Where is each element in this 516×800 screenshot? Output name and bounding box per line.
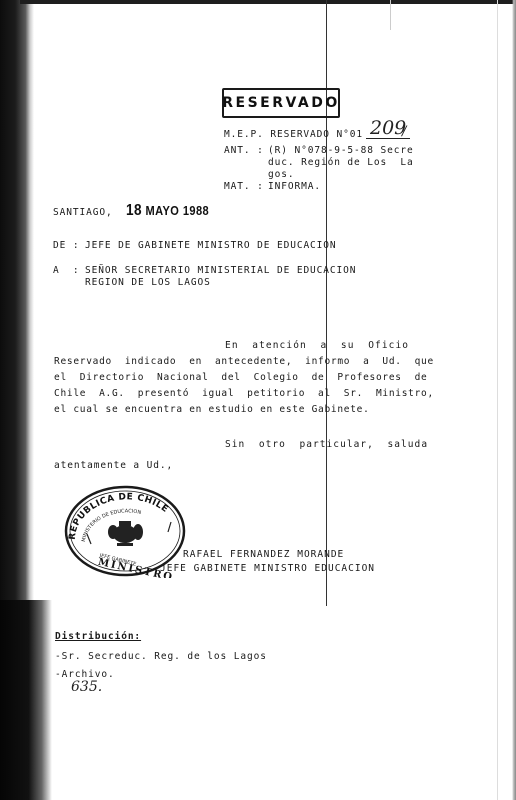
closing-line: Sin otro particular, saluda — [225, 439, 428, 451]
place: SANTIAGO, — [53, 207, 113, 219]
date-stamp: 18 MAYO 1988 — [126, 202, 209, 220]
scan-shadow-left-bottom — [0, 600, 52, 800]
body-line: Chile A.G. presentó igual petitorio al S… — [54, 388, 434, 400]
scan-shadow-top — [20, 0, 516, 4]
body-line: el cual se encuentra en estudio en este … — [54, 404, 370, 416]
mep-line: M.E.P. RESERVADO N°01 — [224, 129, 363, 141]
page-edge — [497, 0, 498, 800]
mat-value: INFORMA. — [268, 181, 321, 193]
ant-line-1: (R) N°078-9-5-88 Secre — [268, 145, 414, 157]
distribution-heading: Distribución: — [55, 631, 141, 643]
signature-title: JEFE GABINETE MINISTRO EDUCACION — [160, 563, 375, 575]
scan-shadow-right — [512, 0, 516, 800]
date-month-year: MAYO 1988 — [145, 203, 209, 218]
ant-line-3: gos. — [268, 169, 294, 181]
ant-label: ANT. : — [224, 145, 264, 157]
closing-line: atentamente a Ud., — [54, 460, 173, 472]
fold-line-faint — [390, 0, 391, 30]
signature-name: RAFAEL FERNANDEZ MORANDE — [183, 549, 344, 561]
ant-line-2: duc. Región de Los La — [268, 157, 414, 169]
distribution-item: -Sr. Secreduc. Reg. de los Lagos — [55, 651, 267, 663]
handwritten-tick: / — [402, 124, 406, 139]
body-line: Reservado indicado en antecedente, infor… — [54, 356, 434, 368]
from-label: DE : — [53, 240, 79, 252]
body-line: En atención a su Oficio — [225, 340, 409, 352]
to-label: A : — [53, 265, 79, 277]
to-line-1: SEÑOR SECRETARIO MINISTERIAL DE EDUCACIO… — [85, 265, 356, 277]
body-line: el Directorio Nacional del Colegio de Pr… — [54, 372, 428, 384]
mat-label: MAT. : — [224, 181, 264, 193]
coat-of-arms-icon — [108, 521, 143, 546]
handwritten-note: 635. — [71, 679, 102, 695]
to-line-2: REGION DE LOS LAGOS — [85, 277, 211, 289]
date-day: 18 — [126, 202, 142, 219]
stamp-label: RESERVADO — [222, 95, 340, 111]
reservado-stamp: RESERVADO — [222, 88, 340, 118]
from-value: JEFE DE GABINETE MINISTRO DE EDUCACION — [85, 240, 337, 252]
